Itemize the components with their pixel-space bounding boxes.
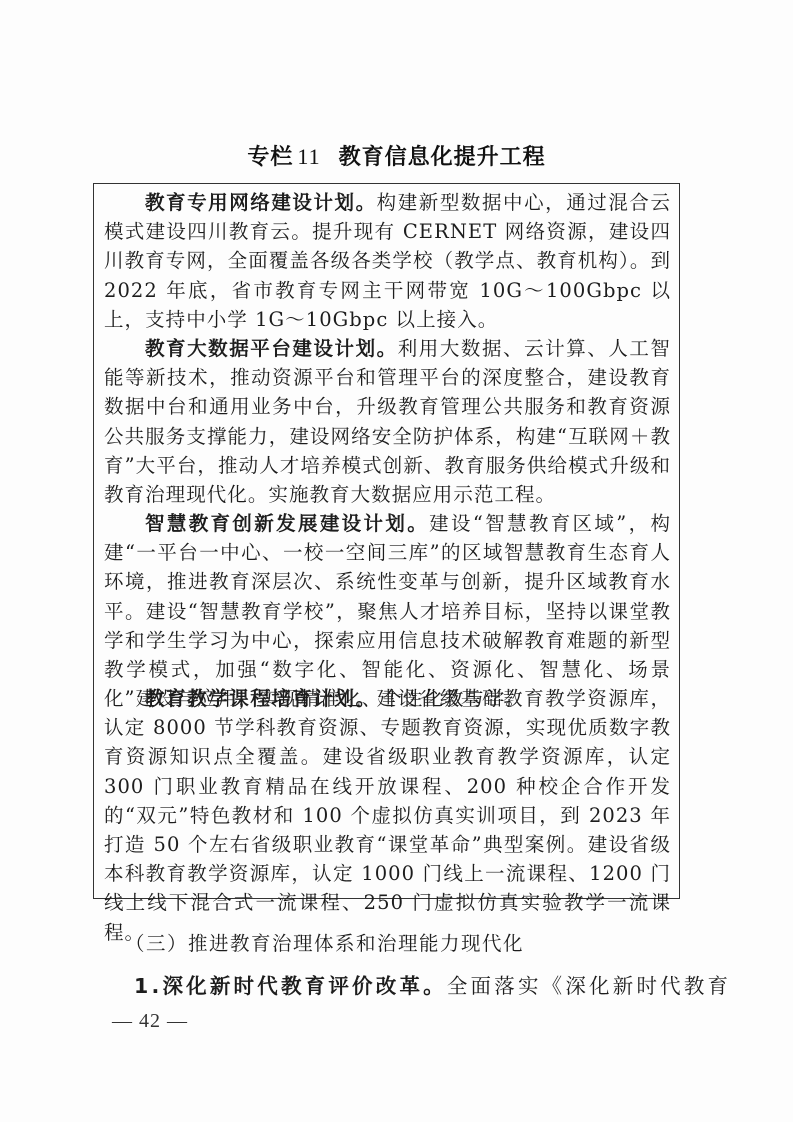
column-label: 专栏 bbox=[247, 145, 293, 170]
item-lead: 深化新时代教育评价改革。 bbox=[162, 974, 446, 998]
page-number: — 42 — bbox=[112, 1010, 188, 1033]
item-number: 1. bbox=[134, 974, 162, 998]
section-heading: （三）推进教育治理体系和治理能力现代化 bbox=[125, 928, 524, 956]
paragraph-text: 建设“智慧教育区域”，构建“一平台一中心、一校一空间三库”的区域智慧教育生态育人… bbox=[104, 512, 671, 710]
column-title: 专栏11教育信息化提升工程 bbox=[0, 140, 793, 171]
paragraph-lead: 教育专用网络建设计划。 bbox=[145, 191, 377, 214]
column-title-text: 教育信息化提升工程 bbox=[339, 145, 546, 170]
column-paragraph: 教育专用网络建设计划。构建新型数据中心，通过混合云模式建设四川教育云。提升现有 … bbox=[104, 188, 671, 334]
paragraph-lead: 教育大数据平台建设计划。 bbox=[145, 337, 398, 360]
column-paragraph: 智慧教育创新发展建设计划。建设“智慧教育区域”，构建“一平台一中心、一校一空间三… bbox=[104, 509, 671, 713]
document-page: 专栏11教育信息化提升工程 教育专用网络建设计划。构建新型数据中心，通过混合云模… bbox=[0, 0, 793, 1122]
column-paragraph: 教育教学课程培育计划。建设省级基础教育教学资源库，认定 8000 节学科教育资源… bbox=[104, 684, 671, 947]
paragraph-text: 利用大数据、云计算、人工智能等新技术，推动资源平台和管理平台的深度整合，建设教育… bbox=[104, 337, 671, 506]
paragraph-text: 建设省级基础教育教学资源库，认定 8000 节学科教育资源、专题教育资源，实现优… bbox=[104, 687, 671, 944]
column-number: 11 bbox=[297, 144, 320, 169]
column-box: 教育专用网络建设计划。构建新型数据中心，通过混合云模式建设四川教育云。提升现有 … bbox=[93, 183, 680, 899]
column-paragraph: 教育大数据平台建设计划。利用大数据、云计算、人工智能等新技术，推动资源平台和管理… bbox=[104, 334, 671, 509]
body-paragraph: 1.深化新时代教育评价改革。全面落实《深化新时代教育 bbox=[134, 969, 694, 999]
item-text: 全面落实《深化新时代教育 bbox=[447, 974, 731, 998]
paragraph-lead: 智慧教育创新发展建设计划。 bbox=[145, 512, 429, 535]
paragraph-lead: 教育教学课程培育计划。 bbox=[145, 687, 377, 710]
